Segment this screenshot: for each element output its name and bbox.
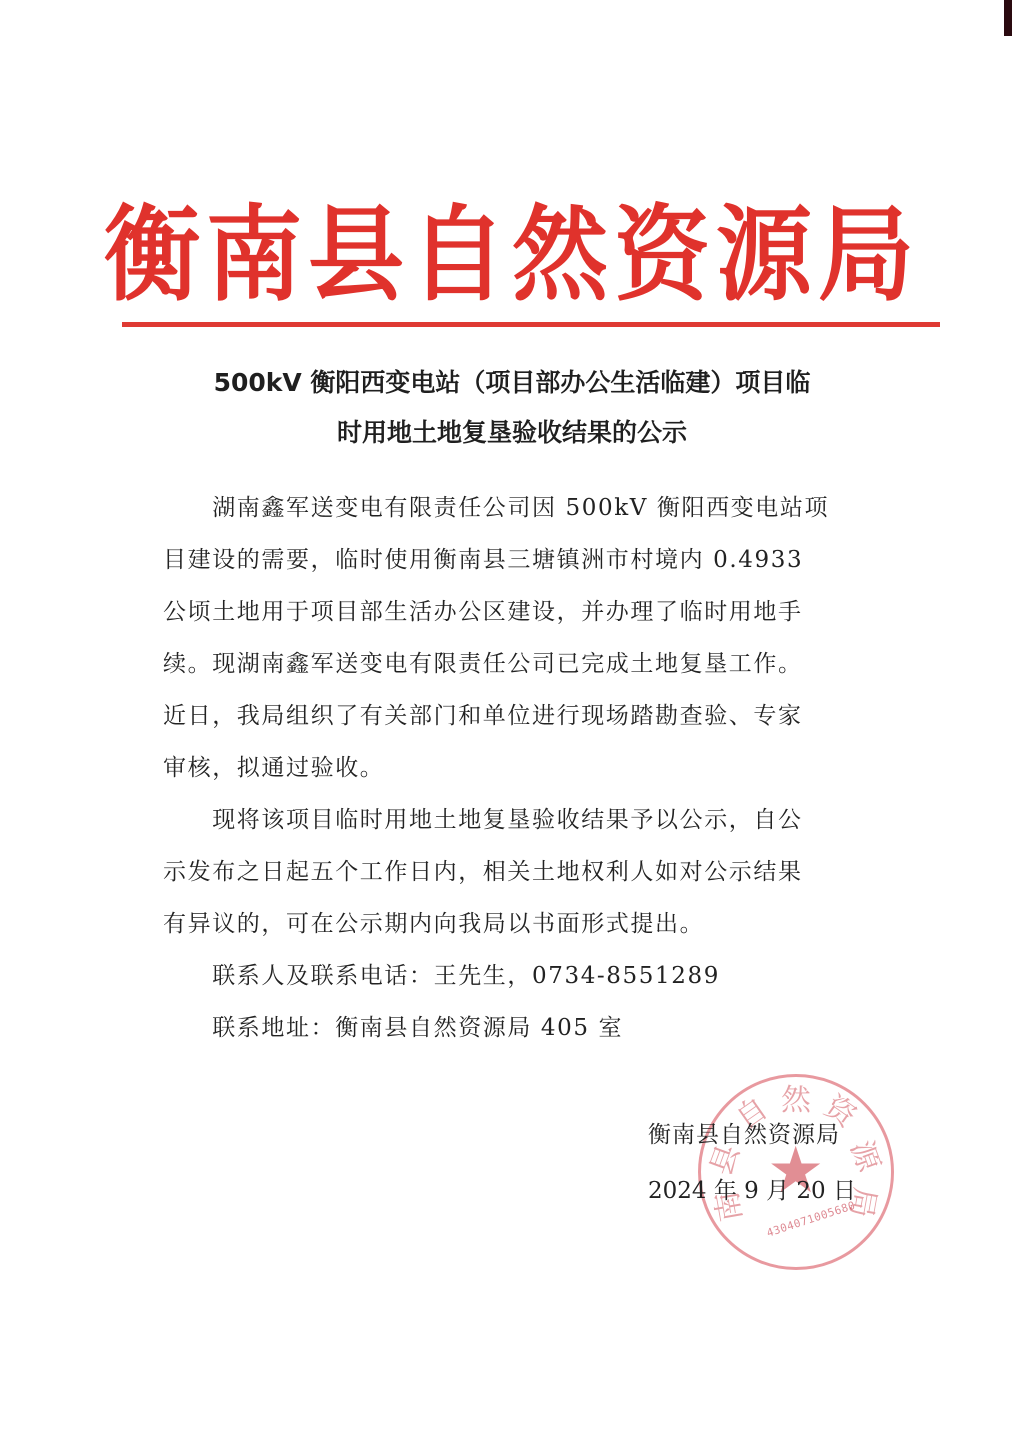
body-line: 湖南鑫军送变电有限责任公司因 500kV 衡阳西变电站项: [163, 482, 829, 534]
body-line: 续。现湖南鑫军送变电有限责任公司已完成土地复垦工作。: [163, 638, 803, 690]
seal-ring-char: 然: [781, 1075, 811, 1119]
scan-edge-mark: [1004, 0, 1012, 36]
body-line: 公顷土地用于项目部生活办公区建设，并办理了临时用地手: [163, 586, 803, 638]
body-line: 审核，拟通过验收。: [163, 742, 384, 794]
contact-line: 联系人及联系电话：王先生，0734-8551289: [163, 950, 720, 1002]
body-line: 有异议的，可在公示期内向我局以书面形式提出。: [163, 898, 704, 950]
signature-organization: 衡南县自然资源局: [648, 1116, 840, 1149]
address-line: 联系地址：衡南县自然资源局 405 室: [163, 1002, 623, 1054]
letterhead-red-rule: [122, 322, 940, 327]
document-title-line-2: 时用地土地复垦验收结果的公示: [130, 408, 894, 458]
body-line: 现将该项目临时用地土地复垦验收结果予以公示，自公: [163, 794, 803, 846]
seal-ring-char: 源: [842, 1133, 894, 1176]
signature-date: 2024 年 9 月 20 日: [648, 1172, 856, 1205]
body-line: 示发布之日起五个工作日内，相关土地权利人如对公示结果: [163, 846, 803, 898]
body-line: 目建设的需要，临时使用衡南县三塘镇洲市村境内 0.4933: [163, 534, 803, 586]
document-title-line-1: 500kV 衡阳西变电站（项目部办公生活临建）项目临: [130, 358, 894, 408]
body-line: 近日，我局组织了有关部门和单位进行现场踏勘查验、专家: [163, 690, 803, 742]
letterhead-agency-name: 衡南县自然资源局: [0, 190, 1024, 320]
